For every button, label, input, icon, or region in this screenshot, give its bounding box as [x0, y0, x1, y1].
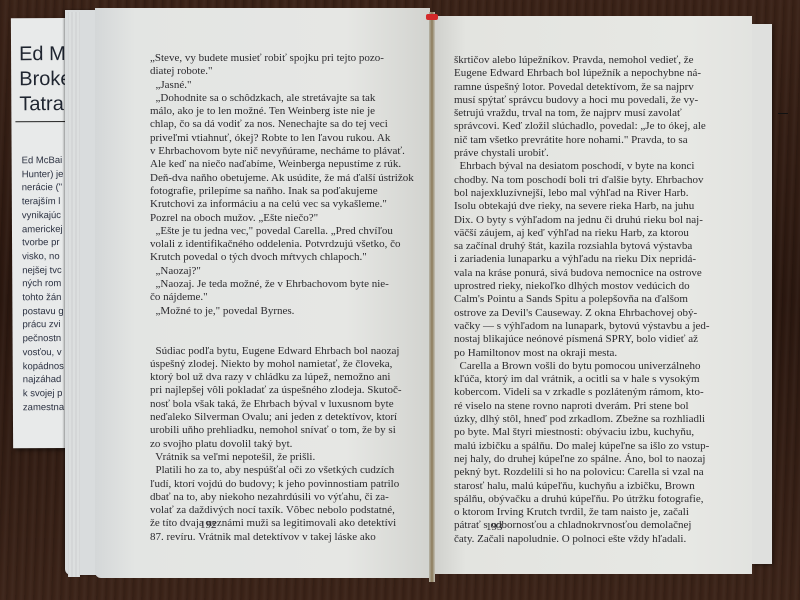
right-page-stack [752, 24, 772, 564]
red-headband [426, 14, 438, 20]
right-page-text: škrtičov alebo lúpežníkov. Pravda, nemoh… [454, 54, 710, 546]
book-gutter [429, 12, 435, 582]
left-page-text: „Steve, vy budete musieť robiť spojku pr… [150, 52, 414, 544]
page-number-left: 192 [200, 519, 217, 531]
page-marker [778, 113, 788, 114]
page-number-right: 193 [486, 521, 503, 533]
